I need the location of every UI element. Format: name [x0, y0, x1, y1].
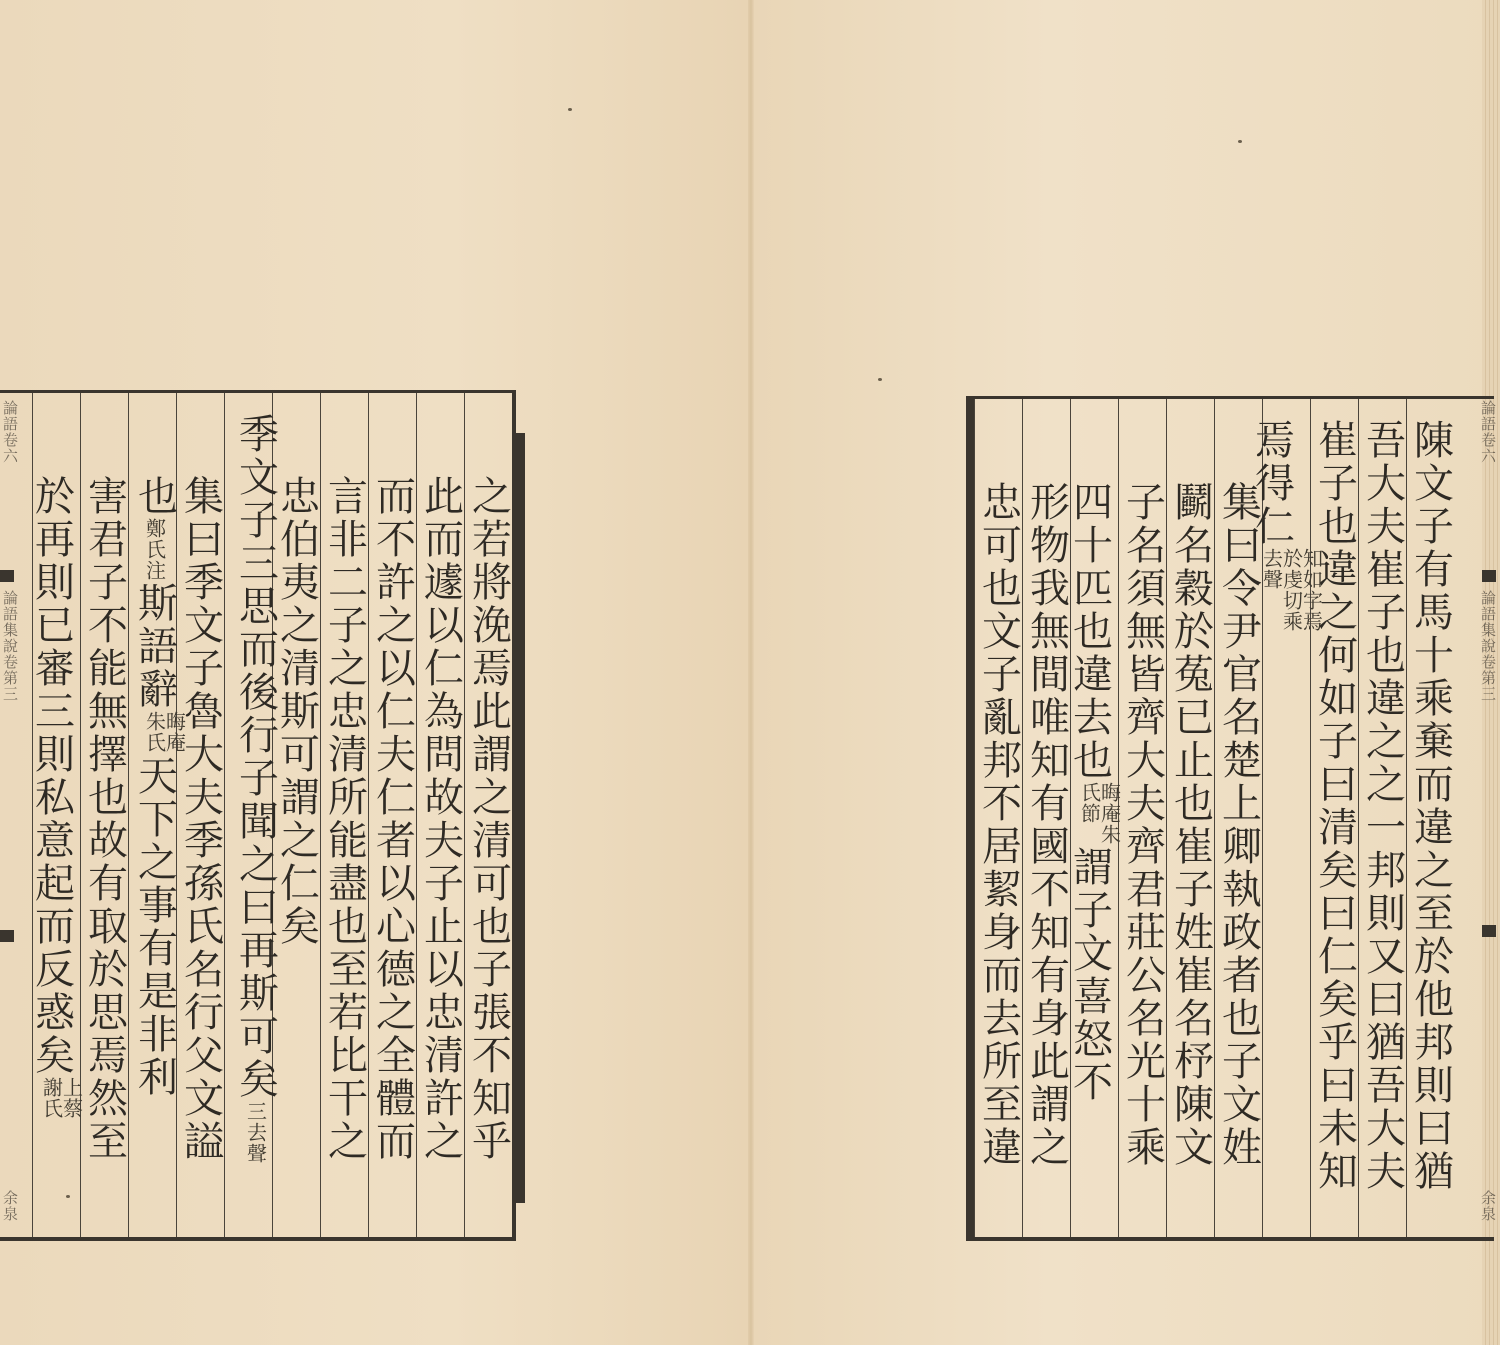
column-text: 言非二子之忠清所能盡也至若比干之 — [325, 475, 365, 1163]
paper-speck — [1238, 140, 1242, 143]
column-text: 之若將浼焉此謂之清可也子張不知乎 — [469, 475, 509, 1163]
banxin-label-top: 論語卷六 — [1478, 400, 1499, 464]
fishtail-mark — [1482, 570, 1496, 582]
text-column: 季文子三思而後行子聞之曰再斯可矣三去聲 — [224, 393, 272, 1237]
paper-speck — [568, 108, 572, 111]
column-text: 而不許之以仁夫仁者以心德之全體而 — [373, 475, 413, 1163]
text-column: 此而遽以仁為問故夫子止以忠清許之 — [416, 393, 464, 1237]
column-text: 集曰令尹官名楚上卿執政者也子文姓 — [1219, 481, 1259, 1169]
main-text: 謂子文喜怒不 — [1067, 846, 1113, 1104]
column-text: 鬬名穀於菟已止也崔子姓崔名杼陳文 — [1171, 481, 1211, 1169]
text-column: 忠可也文子亂邦不居絜身而去所至違 — [974, 399, 1022, 1237]
column-text: 害君子不能無擇也故有取於思焉然至 — [85, 475, 125, 1163]
book-spine-fold — [748, 0, 754, 1345]
banxin-label-bottom: 余泉 — [0, 1190, 21, 1222]
text-column: 之若將浼焉此謂之清可也子張不知乎 — [464, 393, 512, 1237]
banxin-label-bottom: 余泉 — [1478, 1190, 1499, 1222]
text-column: 焉得仁知如字焉於虔切乘去聲 — [1262, 399, 1310, 1237]
text-column: 害君子不能無擇也故有取於思焉然至 — [80, 393, 128, 1237]
text-column: 子名須無皆齊大夫齊君莊公名光十乘 — [1118, 399, 1166, 1237]
interlinear-note: 三去聲 — [222, 1101, 266, 1185]
main-text: 季文子三思而後行子聞之曰再斯可矣 — [233, 413, 279, 1101]
banxin-label-title: 論語集說卷第三 — [1478, 590, 1499, 702]
column-text: 陳文子有馬十乘棄而違之至於他邦則曰猶 — [1411, 419, 1451, 1193]
column-text: 也鄭氏注斯語辭晦庵朱氏天下之事有是非利 — [121, 475, 185, 1099]
column-text: 形物我無間唯知有國不知有身此謂之 — [1027, 481, 1067, 1169]
text-column: 於再則已審三則私意起而反惑矣上蔡謝氏 — [32, 393, 80, 1237]
text-column: 陳文子有馬十乘棄而違之至於他邦則曰猶 — [1406, 399, 1454, 1237]
interlinear-note: 晦庵朱氏節 — [1076, 782, 1120, 846]
left-page-outer-border-rule — [516, 433, 525, 1203]
text-column: 言非二子之忠清所能盡也至若比干之 — [320, 393, 368, 1237]
paper-speck — [878, 378, 882, 381]
main-text: 於再則已審三則私意起而反惑矣 — [29, 475, 75, 1077]
banxin-label-top: 論語卷六 — [0, 400, 21, 464]
text-column: 忠伯夷之清斯可謂之仁矣 — [272, 393, 320, 1237]
text-column: 吾大夫崔子也違之之一邦則又曰猶吾大夫 — [1358, 399, 1406, 1237]
interlinear-note: 晦庵朱氏 — [141, 711, 185, 755]
fishtail-mark — [0, 570, 14, 582]
column-text: 集曰季文子魯大夫季孫氏名行父文謚 — [181, 475, 221, 1163]
right-page-columns: 陳文子有馬十乘棄而違之至於他邦則曰猶 吾大夫崔子也違之之一邦則又曰猶吾大夫 崔子… — [974, 399, 1454, 1237]
column-text: 忠伯夷之清斯可謂之仁矣 — [277, 475, 317, 948]
main-text: 四十匹也違去也 — [1067, 481, 1113, 782]
right-page-text-block: 陳文子有馬十乘棄而違之至於他邦則曰猶 吾大夫崔子也違之之一邦則又曰猶吾大夫 崔子… — [966, 396, 1494, 1241]
fishtail-mark — [0, 930, 14, 942]
column-text: 於再則已審三則私意起而反惑矣上蔡謝氏 — [32, 475, 82, 1121]
fishtail-mark — [1482, 925, 1496, 937]
main-text: 也 — [132, 475, 178, 518]
main-text: 斯語辭 — [132, 582, 178, 711]
text-column: 鬬名穀於菟已止也崔子姓崔名杼陳文 — [1166, 399, 1214, 1237]
left-page-columns: 之若將浼焉此謂之清可也子張不知乎 此而遽以仁為問故夫子止以忠清許之 而不許之以仁… — [27, 393, 512, 1237]
interlinear-note: 上蔡謝氏 — [38, 1077, 82, 1121]
interlinear-note: 知如字焉於虔切乘去聲 — [1278, 548, 1322, 652]
text-column: 四十匹也違去也晦庵朱氏節謂子文喜怒不 — [1070, 399, 1118, 1237]
main-text: 天下之事有是非利 — [132, 755, 178, 1099]
column-text: 此而遽以仁為問故夫子止以忠清許之 — [421, 475, 461, 1163]
text-column: 集曰令尹官名楚上卿執政者也子文姓 — [1214, 399, 1262, 1237]
text-column: 形物我無間唯知有國不知有身此謂之 — [1022, 399, 1070, 1237]
column-text: 季文子三思而後行子聞之曰再斯可矣三去聲 — [222, 413, 276, 1185]
column-text: 吾大夫崔子也違之之一邦則又曰猶吾大夫 — [1363, 419, 1403, 1193]
column-text: 四十匹也違去也晦庵朱氏節謂子文喜怒不 — [1070, 481, 1120, 1104]
column-text: 忠可也文子亂邦不居絜身而去所至違 — [979, 481, 1019, 1169]
text-column: 也鄭氏注斯語辭晦庵朱氏天下之事有是非利 — [128, 393, 176, 1237]
column-text: 焉得仁知如字焉於虔切乘去聲 — [1252, 419, 1322, 652]
column-text: 子名須無皆齊大夫齊君莊公名光十乘 — [1123, 481, 1163, 1169]
left-page-text-block: 之若將浼焉此謂之清可也子張不知乎 此而遽以仁為問故夫子止以忠清許之 而不許之以仁… — [0, 390, 516, 1241]
text-column: 而不許之以仁夫仁者以心德之全體而 — [368, 393, 416, 1237]
banxin-label-title: 論語集說卷第三 — [0, 590, 21, 702]
